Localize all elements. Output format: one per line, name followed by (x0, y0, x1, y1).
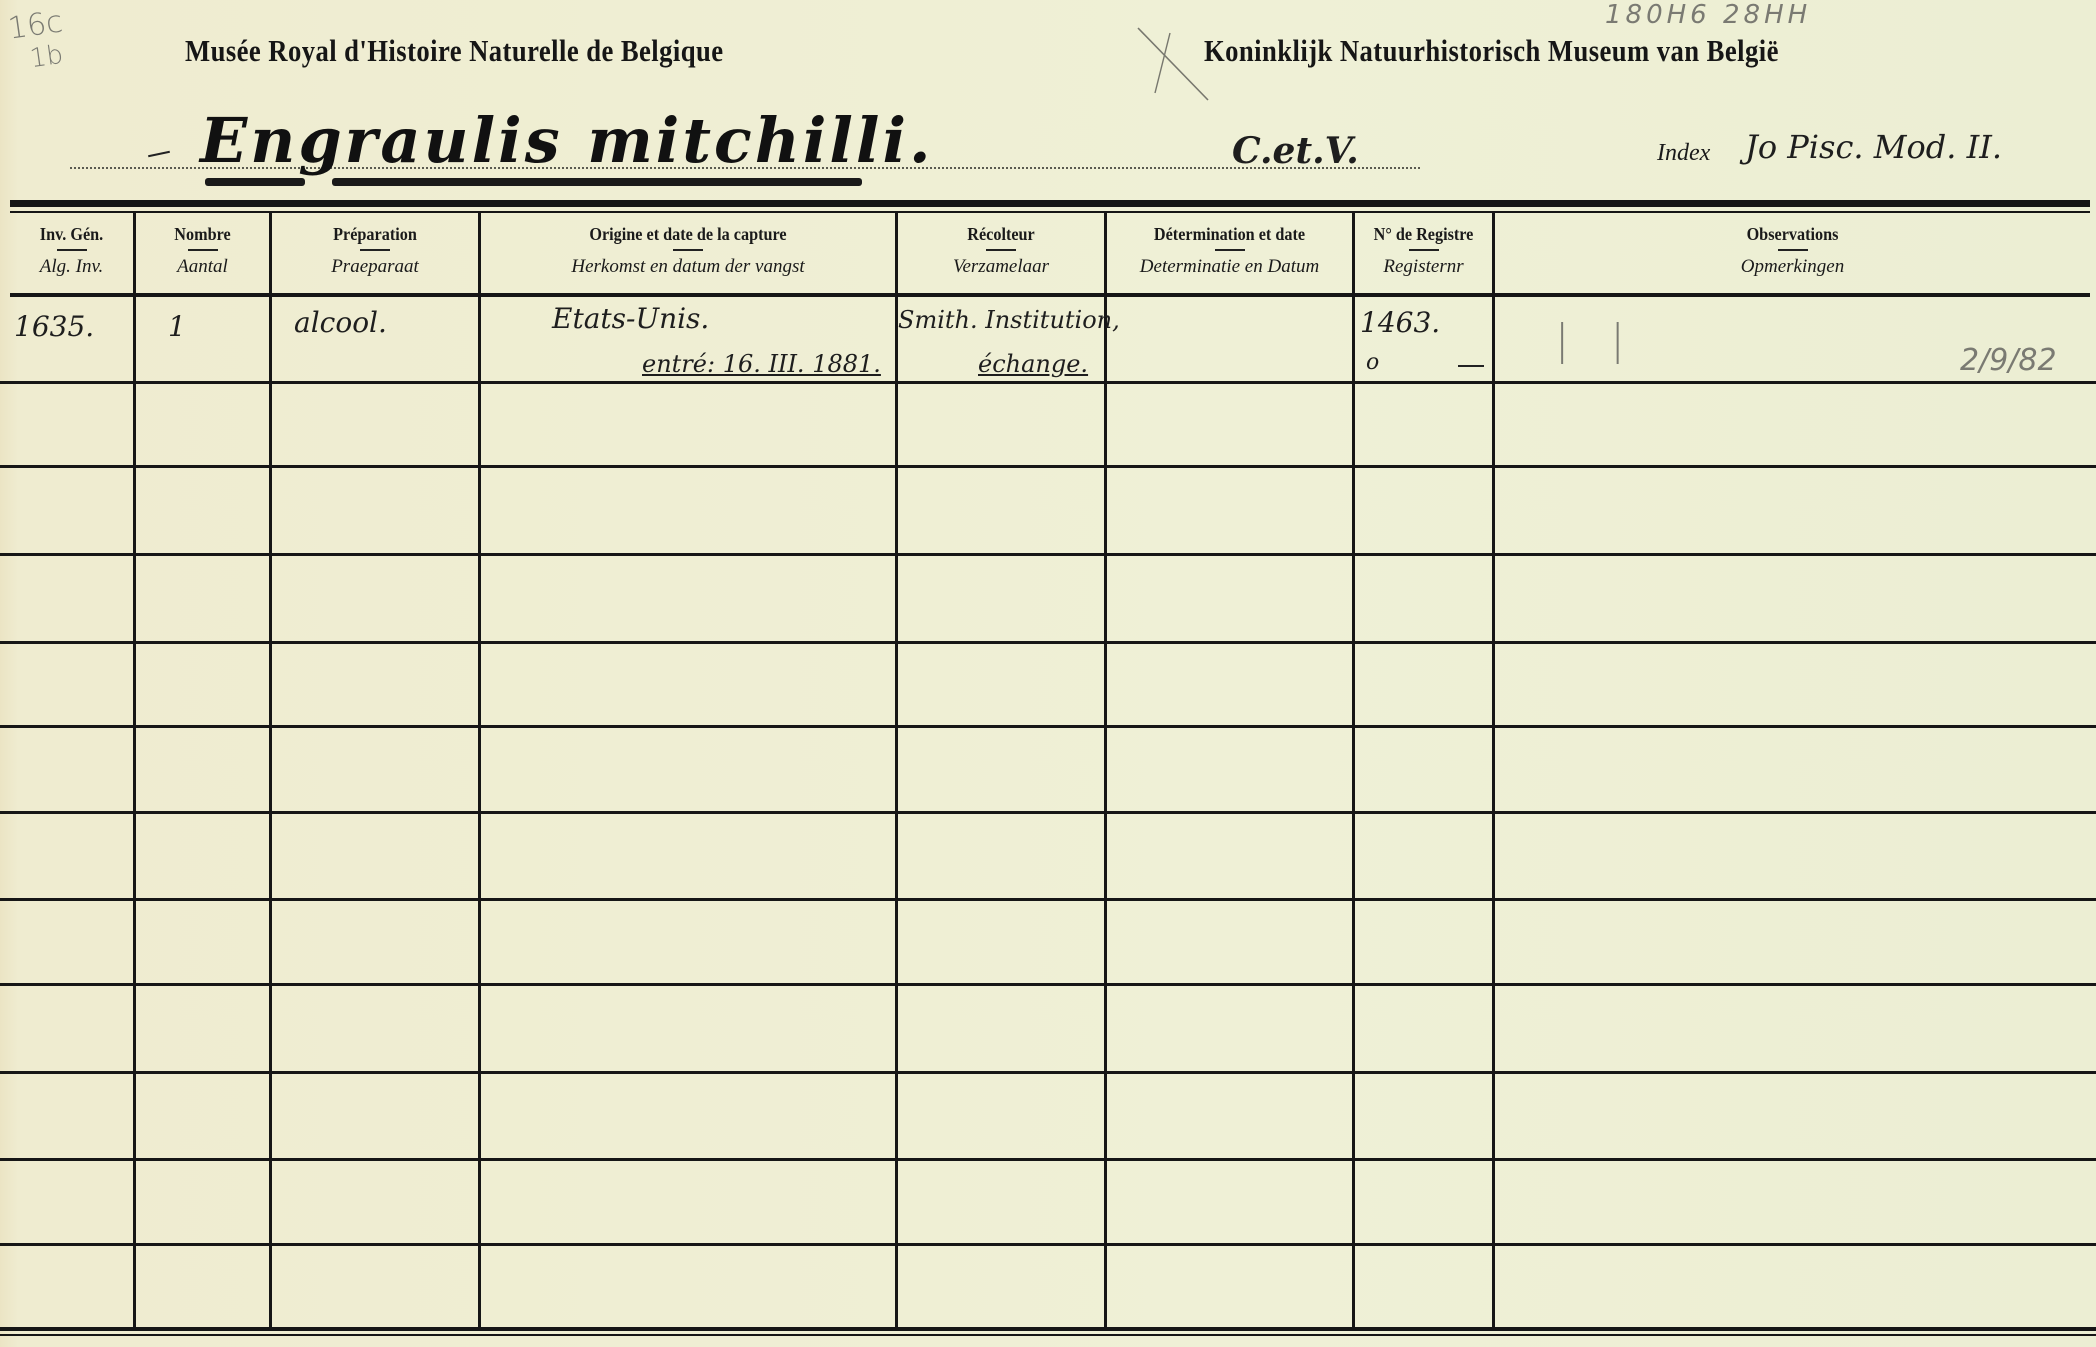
row-line (0, 725, 2096, 728)
column-header-nl: Verzamelaar (898, 256, 1104, 278)
column-divider (133, 213, 136, 1329)
header-dash (1778, 249, 1808, 251)
row-line (0, 1243, 2096, 1246)
species-underline-1 (205, 178, 305, 186)
column-header-fr: N° de Registre (1362, 224, 1485, 245)
top-rule-thin (10, 211, 2090, 213)
museum-name-nl: Koninklijk Natuurhistorisch Museum van B… (1204, 33, 1779, 69)
row-line (0, 553, 2096, 556)
species-underline-2 (332, 178, 862, 186)
column-header-nl: Alg. Inv. (10, 256, 133, 278)
margin-note-top-right: 180H6 28HH (1605, 0, 1811, 30)
column-header-fr: Inv. Gén. (16, 224, 127, 245)
column-header-fr: Observations (1525, 224, 2061, 245)
column-header-nl: Herkomst en datum der vangst (481, 256, 895, 278)
cell-registre-sub: o (1366, 350, 1379, 375)
column-header-nl: Praeparaat (272, 256, 478, 278)
row-line (0, 381, 2096, 384)
column-header-inv-gen: Inv. Gén. Alg. Inv. (10, 216, 133, 286)
row-line (0, 465, 2096, 468)
cell-preparation: alcool. (294, 306, 387, 339)
header-dash (986, 249, 1016, 251)
column-header-fr: Préparation (282, 224, 467, 245)
top-rule-thick (10, 200, 2090, 207)
cell-origine-country: Etats-Unis. (552, 302, 709, 335)
header-dash (673, 249, 703, 251)
bottom-rule-thick (0, 1327, 2096, 1331)
cell-registre: 1463. (1360, 306, 1440, 339)
cell-observations-mark: | | (1555, 315, 1639, 364)
header-bottom-rule (10, 293, 2090, 297)
cell-inv-gen: 1635. (14, 310, 94, 343)
catalog-ref: C.et.V. (1232, 130, 1359, 172)
margin-note-top-left-2: 1b (28, 40, 65, 74)
column-header-observations: Observations Opmerkingen (1495, 216, 2090, 286)
index-value: Jo Pisc. Mod. II. (1745, 128, 2002, 166)
column-header-fr: Nombre (143, 224, 263, 245)
registre-dash (1458, 365, 1484, 367)
column-divider (478, 213, 481, 1329)
column-header-recolteur: Récolteur Verzamelaar (898, 216, 1104, 286)
column-header-registre: N° de Registre Registernr (1355, 216, 1492, 286)
row-line (0, 1071, 2096, 1074)
column-divider (1492, 213, 1495, 1329)
index-label: Index (1657, 140, 1710, 167)
column-header-nombre: Nombre Aantal (136, 216, 269, 286)
column-header-nl: Aantal (136, 256, 269, 278)
row-line (0, 641, 2096, 644)
bottom-rule-thin (0, 1334, 2096, 1336)
cross-mark-icon (1130, 25, 1210, 105)
column-divider (1352, 213, 1355, 1329)
header-dash (1409, 249, 1439, 251)
row-line (0, 1158, 2096, 1161)
catalog-card: 16c 1b 180H6 28HH Musée Royal d'Histoire… (0, 0, 2096, 1347)
column-divider (1104, 213, 1107, 1329)
header-dash (1215, 249, 1245, 251)
header-dash (188, 249, 218, 251)
row-line (0, 898, 2096, 901)
column-header-fr: Récolteur (908, 224, 1093, 245)
column-divider (895, 213, 898, 1329)
cell-origine-date: entré: 16. III. 1881. (642, 350, 881, 378)
row-line (0, 811, 2096, 814)
species-name: Engraulis mitchilli. (200, 104, 934, 177)
cell-recolteur-name: Smith. Institution, (898, 306, 1120, 334)
column-header-fr: Détermination et date (1119, 224, 1340, 245)
column-header-determination: Détermination et date Determinatie en Da… (1107, 216, 1352, 286)
column-header-nl: Registernr (1355, 256, 1492, 278)
column-header-fr: Origine et date de la capture (502, 224, 875, 245)
column-header-origine: Origine et date de la capture Herkomst e… (481, 216, 895, 286)
column-divider (269, 213, 272, 1329)
header-dash (360, 249, 390, 251)
museum-name-fr: Musée Royal d'Histoire Naturelle de Belg… (185, 33, 724, 69)
cell-nombre: 1 (168, 310, 186, 343)
cell-observations-date: 2/9/82 (1960, 343, 2057, 378)
row-line (0, 983, 2096, 986)
species-dash (148, 151, 170, 158)
column-header-nl: Opmerkingen (1495, 256, 2090, 278)
column-header-nl: Determinatie en Datum (1107, 256, 1352, 278)
column-header-preparation: Préparation Praeparaat (272, 216, 478, 286)
cell-recolteur-method: échange. (978, 350, 1088, 378)
header-dash (57, 249, 87, 251)
